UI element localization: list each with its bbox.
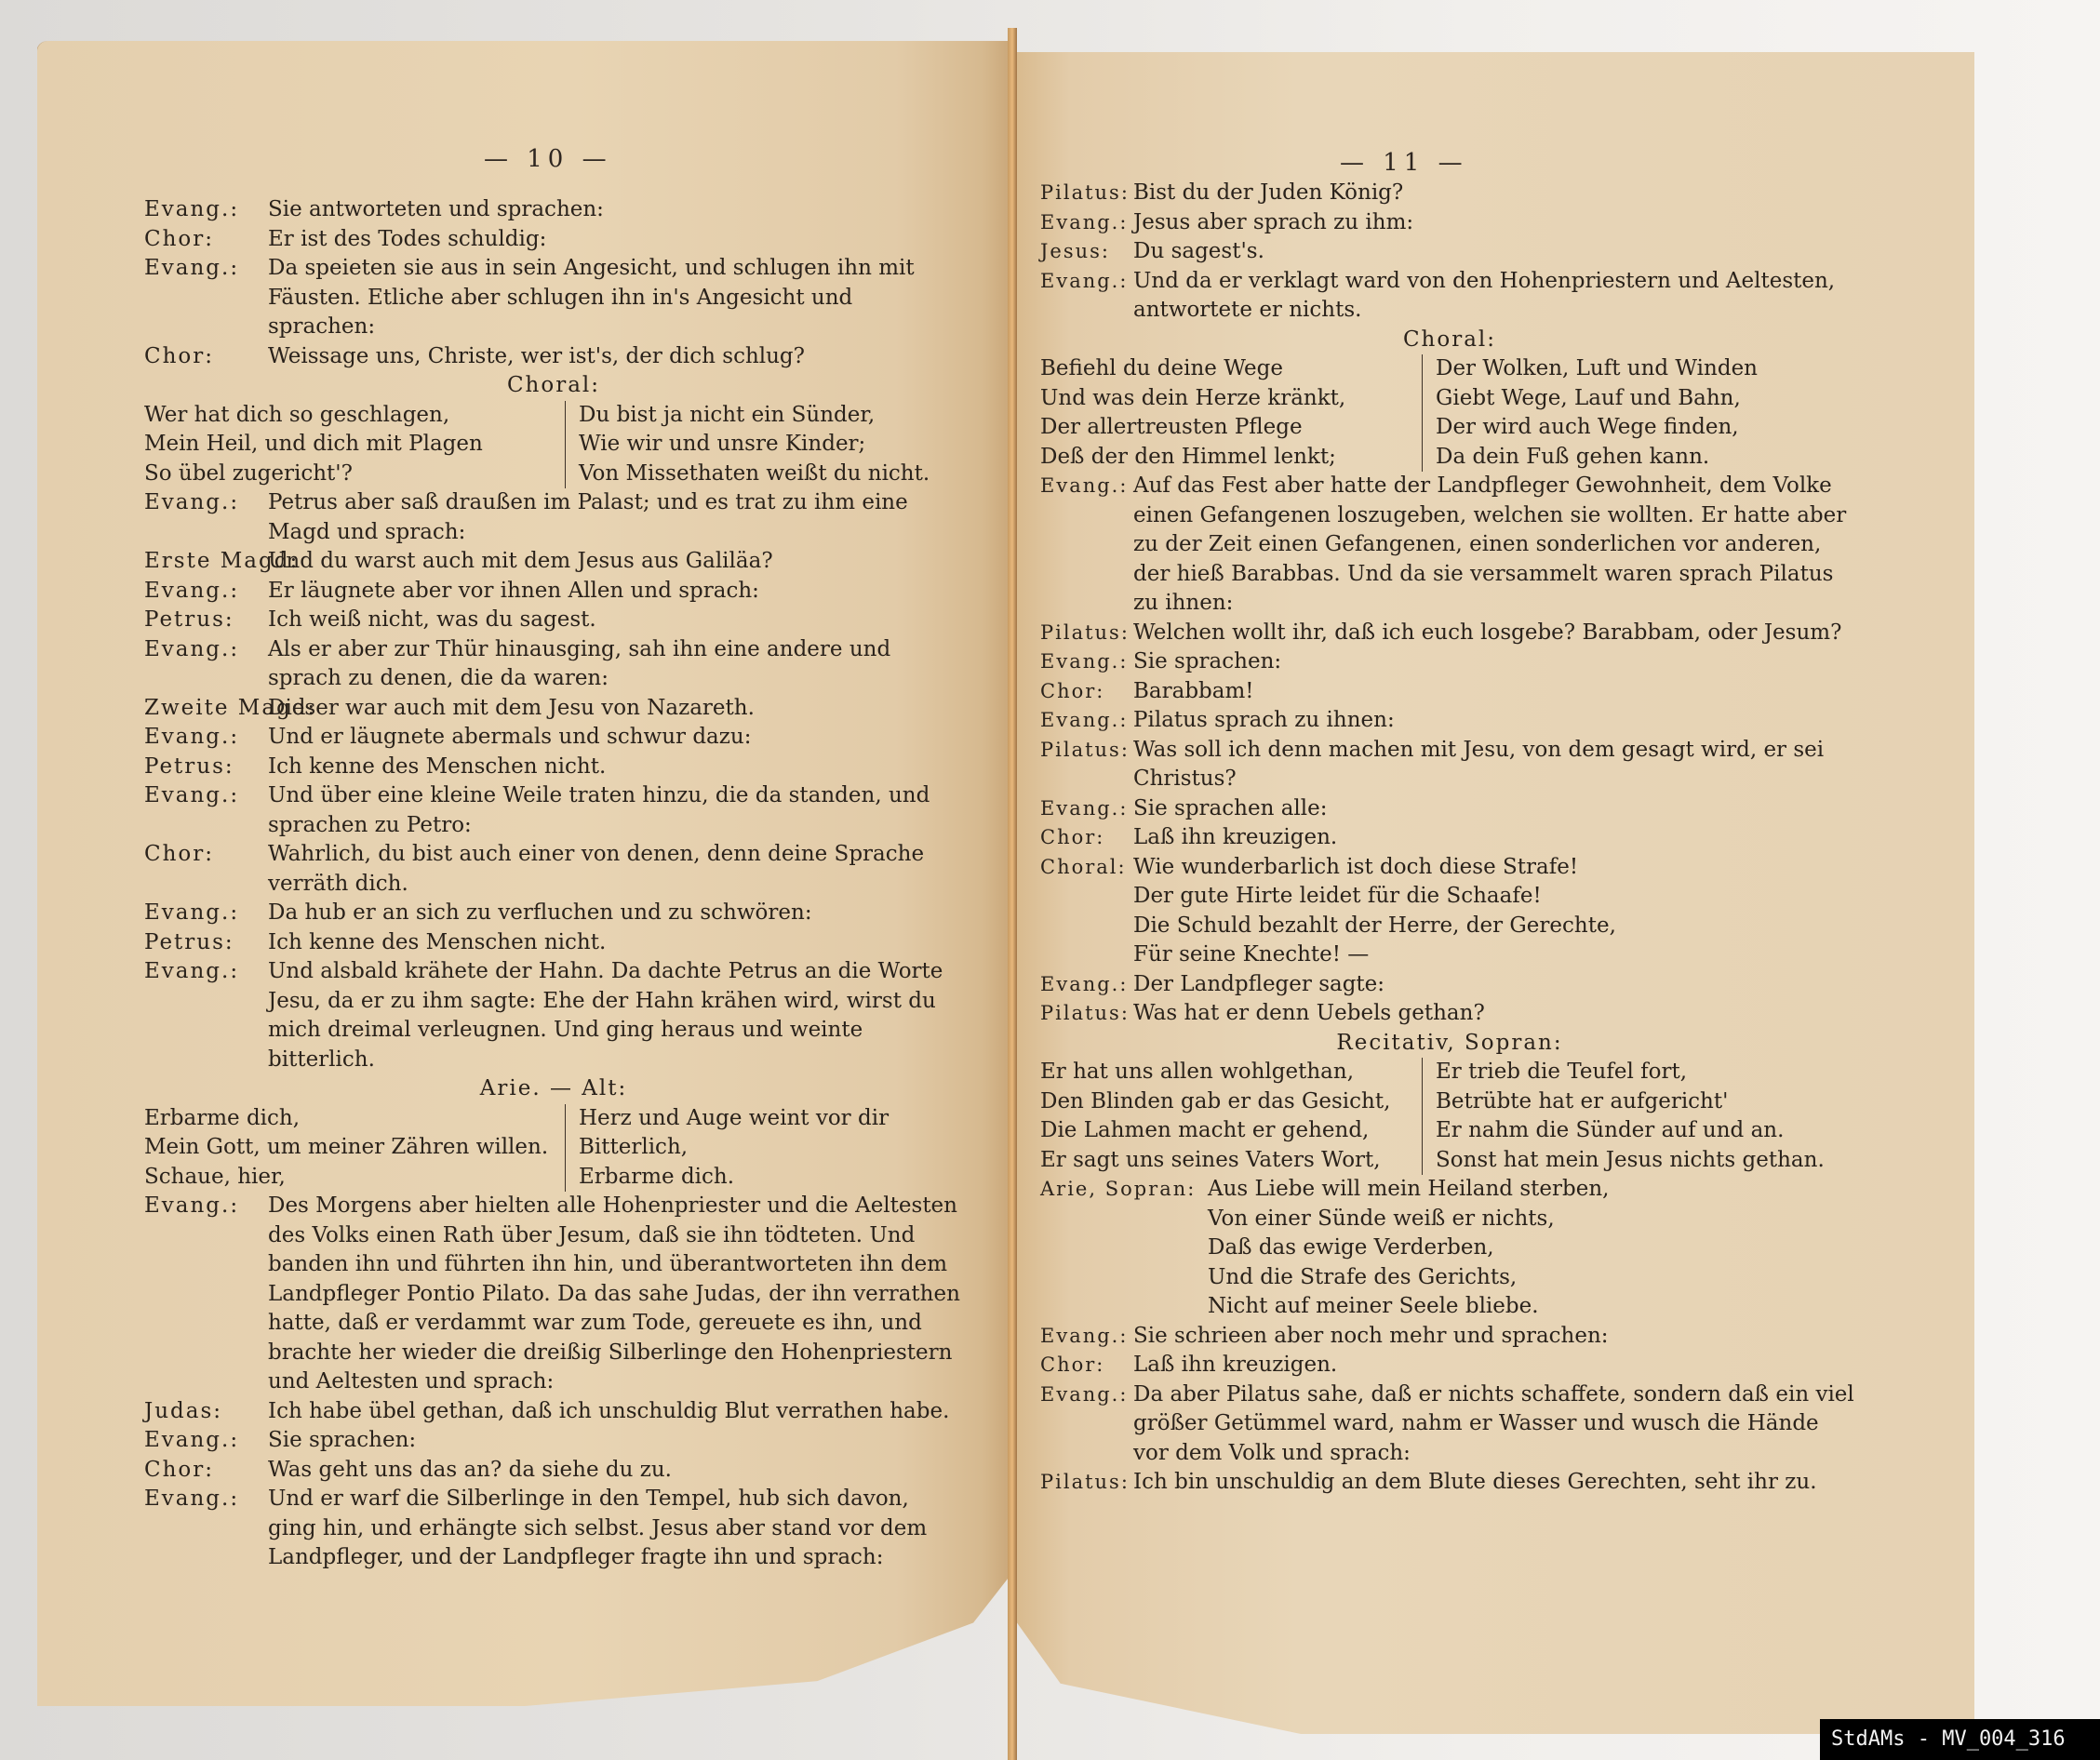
verse-line: Schaue, hier,: [144, 1163, 565, 1193]
speaker-label: Evang.:: [144, 635, 268, 694]
verse-line: Wie wir und unsre Kinder;: [579, 430, 930, 460]
right-page-text: Pilatus:Bist du der Juden König?Evang.:J…: [1040, 179, 1859, 1498]
speech-text: Was geht uns das an? da siehe du zu.: [268, 1456, 963, 1486]
speaker-label: Evang.:: [144, 781, 268, 840]
verse-line: Die Lahmen macht er gehend,: [1040, 1116, 1422, 1146]
speech-text: Wahrlich, du bist auch einer von denen, …: [268, 840, 963, 899]
dialogue-line: Evang.:Petrus aber saß draußen im Palast…: [144, 488, 963, 547]
speech-text: Weissage uns, Christe, wer ist's, der di…: [268, 342, 963, 372]
speech-text: Ich habe übel gethan, daß ich unschuldig…: [268, 1397, 963, 1427]
speaker-label: Evang.:: [144, 1485, 268, 1573]
dialogue-line: Petrus:Ich kenne des Menschen nicht.: [144, 928, 963, 958]
speaker-label: Evang.:: [1040, 647, 1133, 677]
speaker-label: Petrus:: [144, 753, 268, 782]
speaker-label: Pilatus:: [1040, 619, 1133, 648]
dialogue-line: Pilatus:Welchen wollt ihr, daß ich euch …: [1040, 619, 1859, 648]
speech-text: Er ist des Todes schuldig:: [268, 225, 963, 255]
speech-text: Dieser war auch mit dem Jesu von Nazaret…: [268, 694, 963, 724]
verse-line: Bitterlich,: [579, 1133, 889, 1163]
speech-text: Welchen wollt ihr, daß ich euch losgebe?…: [1133, 619, 1859, 648]
section-heading: Choral:: [1040, 326, 1859, 355]
speech-text: Du sagest's.: [1133, 237, 1859, 267]
speech-text: Er läugnete aber vor ihnen Allen und spr…: [268, 577, 963, 607]
dialogue-line: Chor:Laß ihn kreuzigen.: [1040, 823, 1859, 853]
dialogue-line: Chor:Was geht uns das an? da siehe du zu…: [144, 1456, 963, 1486]
speaker-label: Chor:: [144, 1456, 268, 1486]
verse-line: Giebt Wege, Lauf und Bahn,: [1436, 384, 1758, 414]
speech-text: Petrus aber saß draußen im Palast; und e…: [268, 488, 963, 547]
dialogue-line: Zweite Magd:Dieser war auch mit dem Jesu…: [144, 694, 963, 724]
speech-text: Ich kenne des Menschen nicht.: [268, 928, 963, 958]
verse-column-right: Der Wolken, Luft und WindenGiebt Wege, L…: [1422, 354, 1758, 472]
verse-line: Herz und Auge weint vor dir: [579, 1104, 889, 1134]
verse-block: Wer hat dich so geschlagen,Mein Heil, un…: [144, 401, 963, 489]
speech-text: Laß ihn kreuzigen.: [1133, 823, 1859, 853]
left-page-text: Evang.:Sie antworteten und sprachen:Chor…: [144, 195, 963, 1573]
verse-line: Von Missethaten weißt du nicht.: [579, 460, 930, 489]
speech-text: Als er aber zur Thür hinausging, sah ihn…: [268, 635, 963, 694]
verse-line: So übel zugericht'?: [144, 460, 565, 489]
speaker-label: Judas:: [144, 1397, 268, 1427]
speech-text: Da aber Pilatus sahe, daß er nichts scha…: [1133, 1380, 1859, 1469]
speech-text: Der Landpfleger sagte:: [1133, 970, 1859, 1000]
speech-text: Da hub er an sich zu verfluchen und zu s…: [268, 899, 963, 928]
speaker-label: Chor:: [144, 840, 268, 899]
speech-text: Jesus aber sprach zu ihm:: [1133, 208, 1859, 238]
verse-column-right: Er trieb die Teufel fort,Betrübte hat er…: [1422, 1058, 1825, 1175]
dialogue-line: Evang.:Jesus aber sprach zu ihm:: [1040, 208, 1859, 238]
speaker-label: Pilatus:: [1040, 736, 1133, 794]
speech-text: Bist du der Juden König?: [1133, 179, 1859, 208]
dialogue-line: Chor:Laß ihn kreuzigen.: [1040, 1351, 1859, 1380]
page-number-right: — 11 —: [1340, 149, 1468, 177]
speaker-label: Chor:: [1040, 1351, 1133, 1380]
poem-block: Arie, Sopran:Aus Liebe will mein Heiland…: [1040, 1175, 1859, 1322]
poem-block: Choral:Wie wunderbarlich ist doch diese …: [1040, 853, 1859, 970]
speaker-label: Evang.:: [1040, 1380, 1133, 1469]
speech-text: Auf das Fest aber hatte der Landpfleger …: [1133, 472, 1859, 619]
dialogue-line: Evang.:Der Landpfleger sagte:: [1040, 970, 1859, 1000]
verse-line: Wer hat dich so geschlagen,: [144, 401, 565, 431]
dialogue-line: Evang.:Sie sprachen:: [144, 1426, 963, 1456]
verse-line: Der wird auch Wege finden,: [1436, 413, 1758, 443]
verse-line: Der allertreusten Pflege: [1040, 413, 1422, 443]
dialogue-line: Evang.:Als er aber zur Thür hinausging, …: [144, 635, 963, 694]
speaker-label: Evang.:: [1040, 208, 1133, 238]
speaker-label: Evang.:: [1040, 1322, 1133, 1352]
speech-text: Und alsbald krähete der Hahn. Da dachte …: [268, 957, 963, 1074]
dialogue-line: Evang.:Sie sprachen alle:: [1040, 794, 1859, 824]
dialogue-line: Evang.:Sie antworteten und sprachen:: [144, 195, 963, 225]
dialogue-line: Evang.:Er läugnete aber vor ihnen Allen …: [144, 577, 963, 607]
dialogue-line: Evang.:Pilatus sprach zu ihnen:: [1040, 706, 1859, 736]
dialogue-line: Evang.:Da aber Pilatus sahe, daß er nich…: [1040, 1380, 1859, 1469]
speaker-label: Petrus:: [144, 606, 268, 635]
speaker-label: Evang.:: [1040, 472, 1133, 619]
speaker-label: Erste Magd:: [144, 547, 268, 577]
poem-line: Daß das ewige Verderben,: [1208, 1233, 1859, 1263]
speaker-label: Chor:: [1040, 823, 1133, 853]
verse-line: Den Blinden gab er das Gesicht,: [1040, 1087, 1422, 1117]
section-heading: Choral:: [144, 371, 963, 401]
dialogue-line: Evang.:Sie schrieen aber noch mehr und s…: [1040, 1322, 1859, 1352]
dialogue-line: Evang.:Da hub er an sich zu verfluchen u…: [144, 899, 963, 928]
speaker-label: Evang.:: [1040, 794, 1133, 824]
poem-lines: Aus Liebe will mein Heiland sterben,Von …: [1208, 1175, 1859, 1322]
speech-text: Was soll ich denn machen mit Jesu, von d…: [1133, 736, 1859, 794]
poem-line: Von einer Sünde weiß er nichts,: [1208, 1205, 1859, 1234]
verse-line: Mein Gott, um meiner Zähren willen.: [144, 1133, 565, 1163]
speaker-label: Evang.:: [144, 488, 268, 547]
verse-line: Befiehl du deine Wege: [1040, 354, 1422, 384]
speaker-label: Pilatus:: [1040, 179, 1133, 208]
poem-line: Aus Liebe will mein Heiland sterben,: [1208, 1175, 1859, 1205]
poem-line: Nicht auf meiner Seele bliebe.: [1208, 1292, 1859, 1322]
speech-text: Und da er verklagt ward von den Hohenpri…: [1133, 267, 1859, 326]
dialogue-line: Evang.:Und da er verklagt ward von den H…: [1040, 267, 1859, 326]
dialogue-line: Petrus:Ich weiß nicht, was du sagest.: [144, 606, 963, 635]
speaker-label: Evang.:: [1040, 970, 1133, 1000]
verse-line: Er hat uns allen wohlgethan,: [1040, 1058, 1422, 1087]
speaker-label: Zweite Magd:: [144, 694, 268, 724]
verse-line: Erbarme dich,: [144, 1104, 565, 1134]
poem-line: Und die Strafe des Gerichts,: [1208, 1263, 1859, 1293]
speech-text: Und er warf die Silberlinge in den Tempe…: [268, 1485, 963, 1573]
verse-line: Sonst hat mein Jesus nichts gethan.: [1436, 1146, 1825, 1176]
verse-line: Er nahm die Sünder auf und an.: [1436, 1116, 1825, 1146]
speaker-label: Choral:: [1040, 853, 1133, 970]
dialogue-line: Jesus:Du sagest's.: [1040, 237, 1859, 267]
verse-line: Und was dein Herze kränkt,: [1040, 384, 1422, 414]
speech-text: Ich bin unschuldig an dem Blute dieses G…: [1133, 1468, 1859, 1498]
verse-block: Befiehl du deine WegeUnd was dein Herze …: [1040, 354, 1859, 472]
poem-line: Der gute Hirte leidet für die Schaafe!: [1133, 882, 1859, 912]
verse-column-left: Wer hat dich so geschlagen,Mein Heil, un…: [144, 401, 565, 489]
speaker-label: Evang.:: [144, 723, 268, 753]
poem-line: Für seine Knechte! —: [1133, 940, 1859, 970]
verse-column-left: Befiehl du deine WegeUnd was dein Herze …: [1040, 354, 1422, 472]
speaker-label: Evang.:: [144, 254, 268, 342]
verse-line: Du bist ja nicht ein Sünder,: [579, 401, 930, 431]
verse-column-left: Er hat uns allen wohlgethan,Den Blinden …: [1040, 1058, 1422, 1175]
speaker-label: Petrus:: [144, 928, 268, 958]
verse-line: Mein Heil, und dich mit Plagen: [144, 430, 565, 460]
section-heading: Arie. — Alt:: [144, 1074, 963, 1104]
dialogue-line: Evang.:Und er warf die Silberlinge in de…: [144, 1485, 963, 1573]
dialogue-line: Evang.:Da speieten sie aus in sein Anges…: [144, 254, 963, 342]
speech-text: Ich weiß nicht, was du sagest.: [268, 606, 963, 635]
speaker-label: Evang.:: [144, 195, 268, 225]
speaker-label: Pilatus:: [1040, 999, 1133, 1029]
poem-line: Wie wunderbarlich ist doch diese Strafe!: [1133, 853, 1859, 883]
speaker-label: Evang.:: [1040, 706, 1133, 736]
verse-line: Betrübte hat er aufgericht': [1436, 1087, 1825, 1117]
speech-text: Und über eine kleine Weile traten hinzu,…: [268, 781, 963, 840]
dialogue-line: Evang.:Und alsbald krähete der Hahn. Da …: [144, 957, 963, 1074]
verse-block: Erbarme dich,Mein Gott, um meiner Zähren…: [144, 1104, 963, 1193]
speech-text: Sie sprachen:: [268, 1426, 963, 1456]
dialogue-line: Judas:Ich habe übel gethan, daß ich unsc…: [144, 1397, 963, 1427]
dialogue-line: Chor:Weissage uns, Christe, wer ist's, d…: [144, 342, 963, 372]
dialogue-line: Pilatus:Was soll ich denn machen mit Jes…: [1040, 736, 1859, 794]
speech-text: Sie sprachen:: [1133, 647, 1859, 677]
verse-line: Er trieb die Teufel fort,: [1436, 1058, 1825, 1087]
dialogue-line: Petrus:Ich kenne des Menschen nicht.: [144, 753, 963, 782]
poem-line: Die Schuld bezahlt der Herre, der Gerech…: [1133, 912, 1859, 941]
speech-text: Pilatus sprach zu ihnen:: [1133, 706, 1859, 736]
dialogue-line: Pilatus:Was hat er denn Uebels gethan?: [1040, 999, 1859, 1029]
speaker-label: Evang.:: [144, 957, 268, 1074]
speech-text: Was hat er denn Uebels gethan?: [1133, 999, 1859, 1029]
dialogue-line: Chor:Wahrlich, du bist auch einer von de…: [144, 840, 963, 899]
section-heading: Recitativ, Sopran:: [1040, 1029, 1859, 1059]
speaker-label: Chor:: [1040, 677, 1133, 707]
dialogue-line: Evang.:Und er läugnete abermals und schw…: [144, 723, 963, 753]
speaker-label: Evang.:: [144, 899, 268, 928]
dialogue-line: Evang.:Des Morgens aber hielten alle Hoh…: [144, 1192, 963, 1397]
speech-text: Sie antworteten und sprachen:: [268, 195, 963, 225]
book-spine: [1008, 28, 1017, 1760]
speaker-label: Pilatus:: [1040, 1468, 1133, 1498]
dialogue-line: Evang.:Auf das Fest aber hatte der Landp…: [1040, 472, 1859, 619]
speech-text: Laß ihn kreuzigen.: [1133, 1351, 1859, 1380]
verse-column-right: Herz und Auge weint vor dirBitterlich,Er…: [565, 1104, 889, 1193]
dialogue-line: Evang.:Und über eine kleine Weile traten…: [144, 781, 963, 840]
verse-line: Der Wolken, Luft und Winden: [1436, 354, 1758, 384]
speech-text: Ich kenne des Menschen nicht.: [268, 753, 963, 782]
dialogue-line: Pilatus:Bist du der Juden König?: [1040, 179, 1859, 208]
speaker-label: Chor:: [144, 342, 268, 372]
speaker-label: Evang.:: [1040, 267, 1133, 326]
speaker-label: Arie, Sopran:: [1040, 1175, 1208, 1322]
speaker-label: Evang.:: [144, 1426, 268, 1456]
speech-text: Sie schrieen aber noch mehr und sprachen…: [1133, 1322, 1859, 1352]
speaker-label: Chor:: [144, 225, 268, 255]
archive-label: StdAMs - MV_004_316: [1820, 1719, 2100, 1760]
speech-text: Und du warst auch mit dem Jesus aus Gali…: [268, 547, 963, 577]
verse-block: Er hat uns allen wohlgethan,Den Blinden …: [1040, 1058, 1859, 1175]
dialogue-line: Pilatus:Ich bin unschuldig an dem Blute …: [1040, 1468, 1859, 1498]
dialogue-line: Chor:Er ist des Todes schuldig:: [144, 225, 963, 255]
verse-line: Da dein Fuß gehen kann.: [1436, 443, 1758, 473]
verse-column-left: Erbarme dich,Mein Gott, um meiner Zähren…: [144, 1104, 565, 1193]
speech-text: Des Morgens aber hielten alle Hohenpries…: [268, 1192, 963, 1397]
speech-text: Sie sprachen alle:: [1133, 794, 1859, 824]
speaker-label: Jesus:: [1040, 237, 1133, 267]
verse-line: Erbarme dich.: [579, 1163, 889, 1193]
speech-text: Da speieten sie aus in sein Angesicht, u…: [268, 254, 963, 342]
speaker-label: Evang.:: [144, 1192, 268, 1397]
speaker-label: Evang.:: [144, 577, 268, 607]
verse-line: Er sagt uns seines Vaters Wort,: [1040, 1146, 1422, 1176]
verse-column-right: Du bist ja nicht ein Sünder,Wie wir und …: [565, 401, 930, 489]
page-number-left: — 10 —: [484, 145, 612, 173]
poem-lines: Wie wunderbarlich ist doch diese Strafe!…: [1133, 853, 1859, 970]
speech-text: Und er läugnete abermals und schwur dazu…: [268, 723, 963, 753]
verse-line: Deß der den Himmel lenkt;: [1040, 443, 1422, 473]
dialogue-line: Erste Magd:Und du warst auch mit dem Jes…: [144, 547, 963, 577]
dialogue-line: Evang.:Sie sprachen:: [1040, 647, 1859, 677]
speech-text: Barabbam!: [1133, 677, 1859, 707]
dialogue-line: Chor:Barabbam!: [1040, 677, 1859, 707]
